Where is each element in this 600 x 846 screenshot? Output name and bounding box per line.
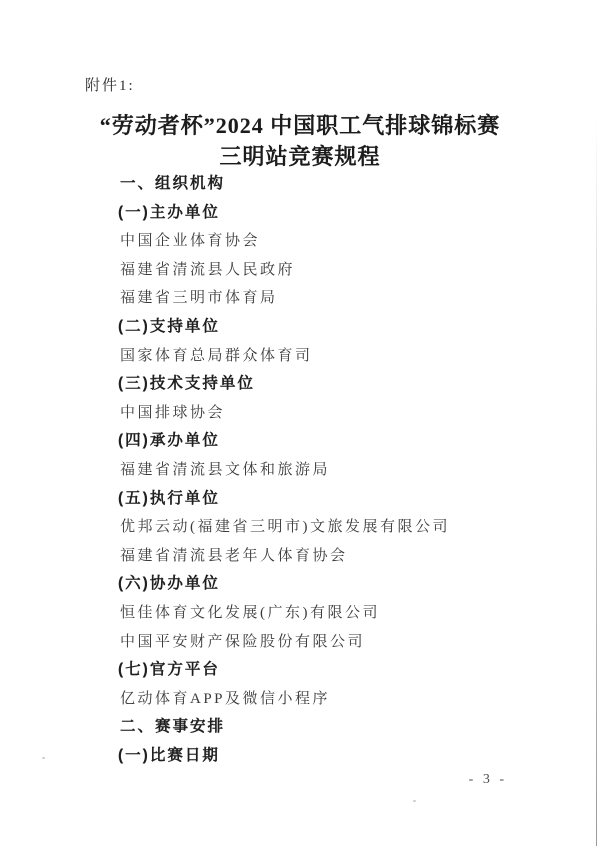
doc-line-body: 福建省三明市体育局 [0, 284, 600, 313]
document-body: 一、组织机构 (一)主办单位 中国企业体育协会 福建省清流县人民政府 福建省三明… [0, 170, 600, 770]
doc-line-section: 二、赛事安排 [0, 713, 600, 742]
doc-line-section: 一、组织机构 [0, 170, 600, 199]
doc-line-body: 恒佳体育文化发展(广东)有限公司 [0, 599, 600, 628]
doc-line-body: 优邦云动(福建省三明市)文旅发展有限公司 [0, 513, 600, 542]
doc-line-body: 中国企业体育协会 [0, 227, 600, 256]
doc-line-subsection: (一)比赛日期 [0, 742, 600, 771]
document-title-line2: 三明站竞赛规程 [0, 141, 600, 172]
doc-line-subsection: (四)承办单位 [0, 427, 600, 456]
doc-line-subsection: (七)官方平台 [0, 656, 600, 685]
scan-edge-artifact [596, 118, 598, 846]
doc-line-body: 亿动体育APP及微信小程序 [0, 685, 600, 714]
doc-line-body: 中国平安财产保险股份有限公司 [0, 628, 600, 657]
doc-line-body: 福建省清流县老年人体育协会 [0, 542, 600, 571]
doc-line-body: 福建省清流县文体和旅游局 [0, 456, 600, 485]
document-title: “劳动者杯”2024 中国职工气排球锦标赛 三明站竞赛规程 [0, 110, 600, 172]
doc-line-body: 福建省清流县人民政府 [0, 256, 600, 285]
document-title-line1: “劳动者杯”2024 中国职工气排球锦标赛 [0, 110, 600, 141]
doc-line-subsection: (一)主办单位 [0, 199, 600, 228]
page-number: - 3 - [469, 772, 507, 788]
attachment-label: 附件1: [85, 74, 135, 95]
document-page: 附件1: “劳动者杯”2024 中国职工气排球锦标赛 三明站竞赛规程 一、组织机… [0, 0, 600, 846]
doc-line-subsection: (五)执行单位 [0, 485, 600, 514]
doc-line-subsection: (二)支持单位 [0, 313, 600, 342]
scan-speck [413, 800, 416, 802]
doc-line-body: 国家体育总局群众体育司 [0, 342, 600, 371]
doc-line-subsection: (三)技术支持单位 [0, 370, 600, 399]
scan-speck [42, 757, 45, 759]
doc-line-body: 中国排球协会 [0, 399, 600, 428]
doc-line-subsection: (六)协办单位 [0, 570, 600, 599]
